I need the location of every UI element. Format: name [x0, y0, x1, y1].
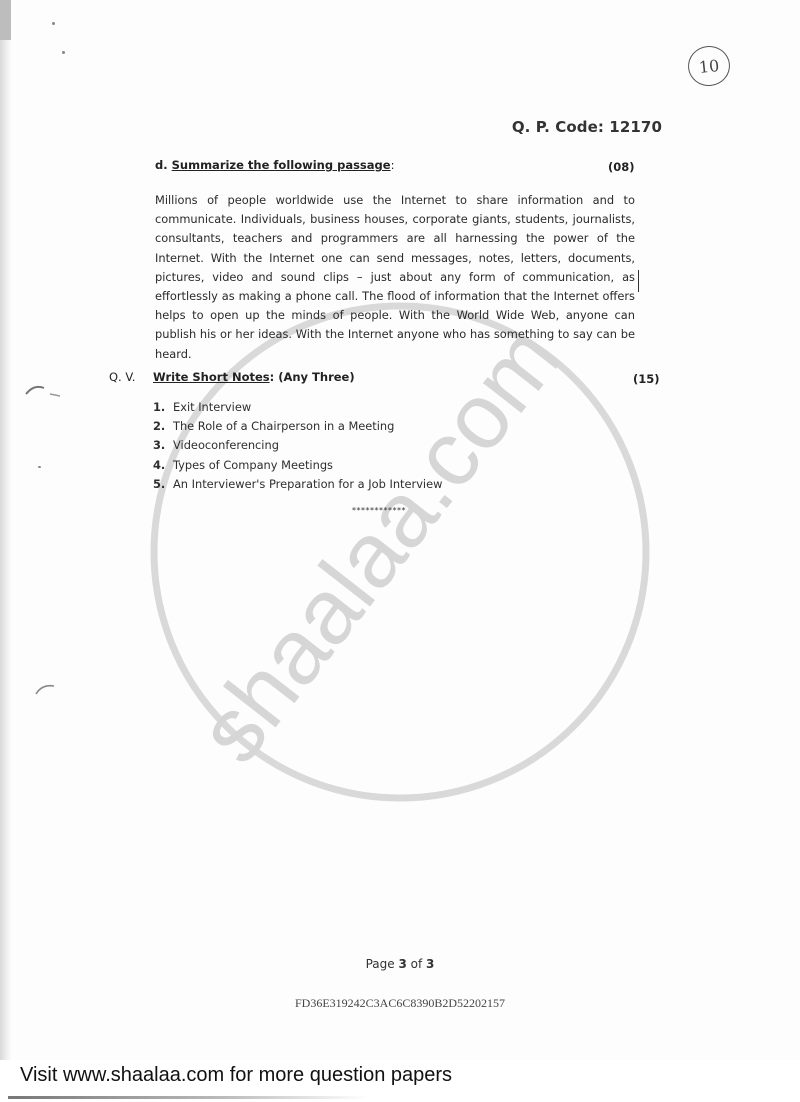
item-text: The Role of a Chairperson in a Meeting: [173, 417, 394, 436]
question-v-heading: Write Short Notes: (Any Three): [153, 370, 355, 384]
question-v-title-suffix: : (Any Three): [270, 370, 355, 384]
promo-shadow: [8, 1096, 368, 1099]
scan-speck: [38, 466, 41, 468]
promo-link[interactable]: Visit www.shaalaa.com for more question …: [20, 1064, 452, 1087]
item-text: Videoconferencing: [173, 436, 279, 455]
scan-speck: [52, 22, 55, 25]
page-current: 3: [398, 957, 406, 971]
question-d-title-suffix: :: [391, 158, 395, 172]
question-d-title: Summarize the following passage: [172, 158, 391, 172]
page-middle: of: [407, 957, 426, 971]
question-v-marks: (15): [633, 372, 660, 386]
item-text: Types of Company Meetings: [173, 456, 333, 475]
item-number: 5.: [153, 475, 173, 494]
document-hash: FD36E319242C3AC6C8390B2D52202157: [0, 996, 800, 1011]
question-d-label: d.: [155, 158, 168, 172]
question-v-label: Q. V.: [109, 370, 135, 384]
end-of-paper-marker: ************: [352, 506, 406, 515]
item-number: 2.: [153, 417, 173, 436]
list-item: 2.The Role of a Chairperson in a Meeting: [153, 417, 442, 436]
page-total: 3: [426, 957, 434, 971]
scan-speck: [62, 51, 65, 54]
list-item: 3.Videoconferencing: [153, 436, 442, 455]
question-d-heading: d. Summarize the following passage:: [155, 158, 394, 172]
question-v-title: Write Short Notes: [153, 370, 270, 384]
item-number: 1.: [153, 398, 173, 417]
passage-text: Millions of people worldwide use the Int…: [155, 191, 635, 364]
page-prefix: Page: [366, 957, 399, 971]
item-text: Exit Interview: [173, 398, 251, 417]
scan-mark: [32, 680, 62, 700]
item-number: 3.: [153, 436, 173, 455]
scanned-page: [0, 0, 800, 1060]
page-number: Page 3 of 3: [0, 957, 800, 971]
item-number: 4.: [153, 456, 173, 475]
scan-mark: [22, 380, 62, 400]
list-item: 1.Exit Interview: [153, 398, 442, 417]
question-paper-code: Q. P. Code: 12170: [512, 118, 662, 136]
margin-mark: [638, 270, 639, 292]
page-marker-text: 10: [698, 55, 720, 76]
list-item: 4.Types of Company Meetings: [153, 456, 442, 475]
question-d-marks: (08): [608, 160, 635, 174]
scan-binding-edge: [0, 0, 11, 1060]
short-notes-list: 1.Exit Interview 2.The Role of a Chairpe…: [153, 398, 442, 494]
item-text: An Interviewer's Preparation for a Job I…: [173, 475, 442, 494]
list-item: 5.An Interviewer's Preparation for a Job…: [153, 475, 442, 494]
scan-corner-shadow: [0, 0, 11, 40]
